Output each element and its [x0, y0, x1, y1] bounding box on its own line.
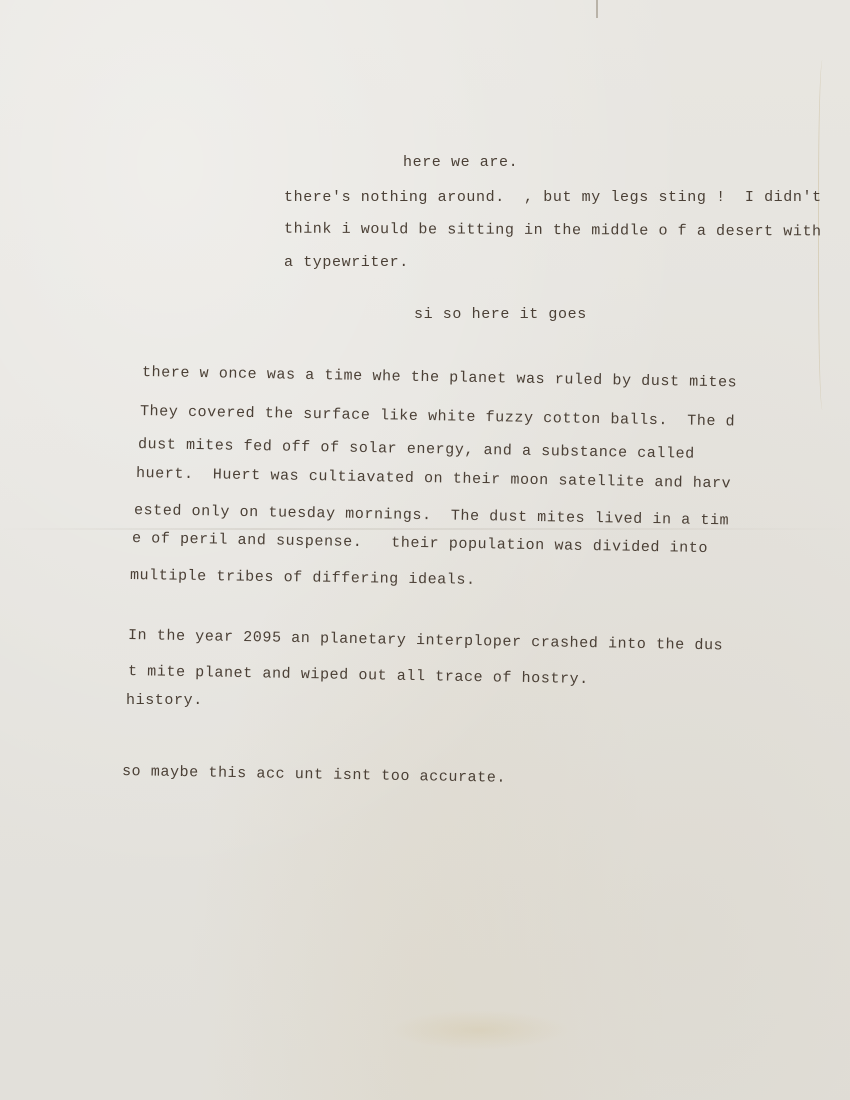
paragraph-line: In the year 2095 an planetary interplope…	[128, 627, 724, 655]
intro-line: think i would be sitting in the middle o…	[284, 221, 822, 242]
paragraph-line: history.	[126, 692, 203, 710]
paper-tear-mark	[596, 0, 598, 18]
intro-line: a typewriter.	[284, 254, 409, 272]
paper-stain	[390, 1010, 570, 1050]
paragraph-line: dust mites fed off of solar energy, and …	[138, 436, 695, 464]
intro-line: there's nothing around. , but my legs st…	[284, 189, 822, 207]
paragraph-line: t mite planet and wiped out all trace of…	[128, 663, 589, 689]
closing-line: so maybe this acc unt isnt too accurate.	[122, 763, 506, 788]
subheading: si so here it goes	[414, 306, 587, 324]
paragraph-line: They covered the surface like white fuzz…	[140, 403, 736, 431]
paragraph-line: there w once was a time whe the planet w…	[142, 364, 738, 392]
heading: here we are.	[403, 154, 518, 172]
paragraph-line: ested only on tuesday mornings. The dust…	[134, 502, 730, 530]
paragraph-line: multiple tribes of differing ideals.	[130, 567, 476, 590]
paragraph-line: e of peril and suspense. their populatio…	[132, 530, 708, 558]
paragraph-line: huert. Huert was cultiavated on their mo…	[136, 465, 732, 493]
typewritten-page: here we are. there's nothing around. , b…	[0, 0, 850, 1100]
